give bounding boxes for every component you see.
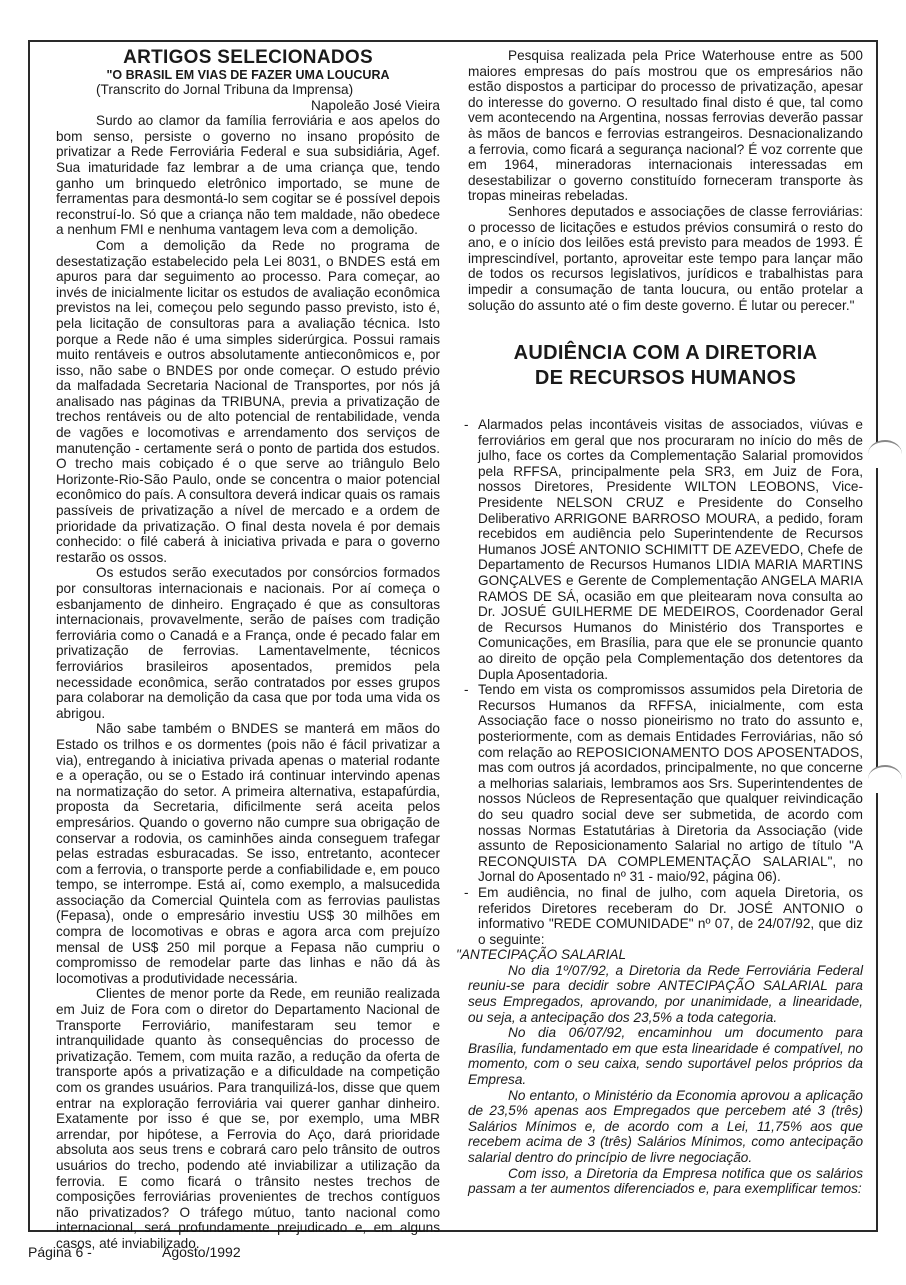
quote-paragraph: No entanto, o Ministério da Economia apr… xyxy=(468,1088,863,1166)
bullet-dash: - xyxy=(464,417,469,433)
list-item-text: Em audiência, no final de julho, com aqu… xyxy=(478,885,863,947)
hole-punch-mark xyxy=(868,440,902,468)
section-title: ARTIGOS SELECIONADOS xyxy=(56,48,440,68)
quote-paragraph: No dia 1º/07/92, a Diretoria da Rede Fer… xyxy=(468,963,863,1025)
article-paragraph: Pesquisa realizada pela Price Waterhouse… xyxy=(468,48,863,204)
issue-date: Agosto/1992 xyxy=(162,1244,241,1260)
article-paragraph: Surdo ao clamor da família ferroviária e… xyxy=(56,113,440,238)
list-item: -Tendo em vista os compromissos assumido… xyxy=(468,682,863,885)
right-column: Pesquisa realizada pela Price Waterhouse… xyxy=(468,48,863,1197)
bullet-dash: - xyxy=(464,885,469,901)
audiencia-title-line: AUDIÊNCIA COM A DIRETORIA xyxy=(468,341,863,366)
left-column: ARTIGOS SELECIONADOS "O BRASIL EM VIAS D… xyxy=(56,48,440,1252)
article-source: (Transcrito do Jornal Tribuna da Imprens… xyxy=(96,82,440,98)
page-number: Página 6 - xyxy=(28,1244,92,1260)
list-item: -Alarmados pelas incontáveis visitas de … xyxy=(468,417,863,682)
article-headline: "O BRASIL EM VIAS DE FAZER UMA LOUCURA xyxy=(56,68,440,82)
audiencia-title-line: DE RECURSOS HUMANOS xyxy=(468,366,863,391)
article-author: Napoleão José Vieira xyxy=(56,98,440,114)
article-paragraph: Os estudos serão executados por consórci… xyxy=(56,565,440,721)
list-item-text: Alarmados pelas incontáveis visitas de a… xyxy=(478,417,863,682)
quote-paragraph: Com isso, a Diretoria da Empresa notific… xyxy=(468,1166,863,1197)
list-item-text: Tendo em vista os compromissos assumidos… xyxy=(478,682,863,884)
hole-punch-mark xyxy=(868,765,902,793)
quote-paragraph: No dia 06/07/92, encaminhou um documento… xyxy=(468,1025,863,1087)
article-paragraph: Senhores deputados e associações de clas… xyxy=(468,204,863,313)
article-paragraph: Não sabe também o BNDES se manterá em mã… xyxy=(56,721,440,986)
bullet-dash: - xyxy=(464,682,469,698)
article-paragraph: Clientes de menor porte da Rede, em reun… xyxy=(56,986,440,1251)
list-item: -Em audiência, no final de julho, com aq… xyxy=(468,885,863,947)
article-paragraph: Com a demolição da Rede no programa de d… xyxy=(56,238,440,565)
audiencia-title: AUDIÊNCIA COM A DIRETORIA DE RECURSOS HU… xyxy=(468,341,863,391)
quote-title: "ANTECIPAÇÃO SALARIAL xyxy=(456,947,863,963)
